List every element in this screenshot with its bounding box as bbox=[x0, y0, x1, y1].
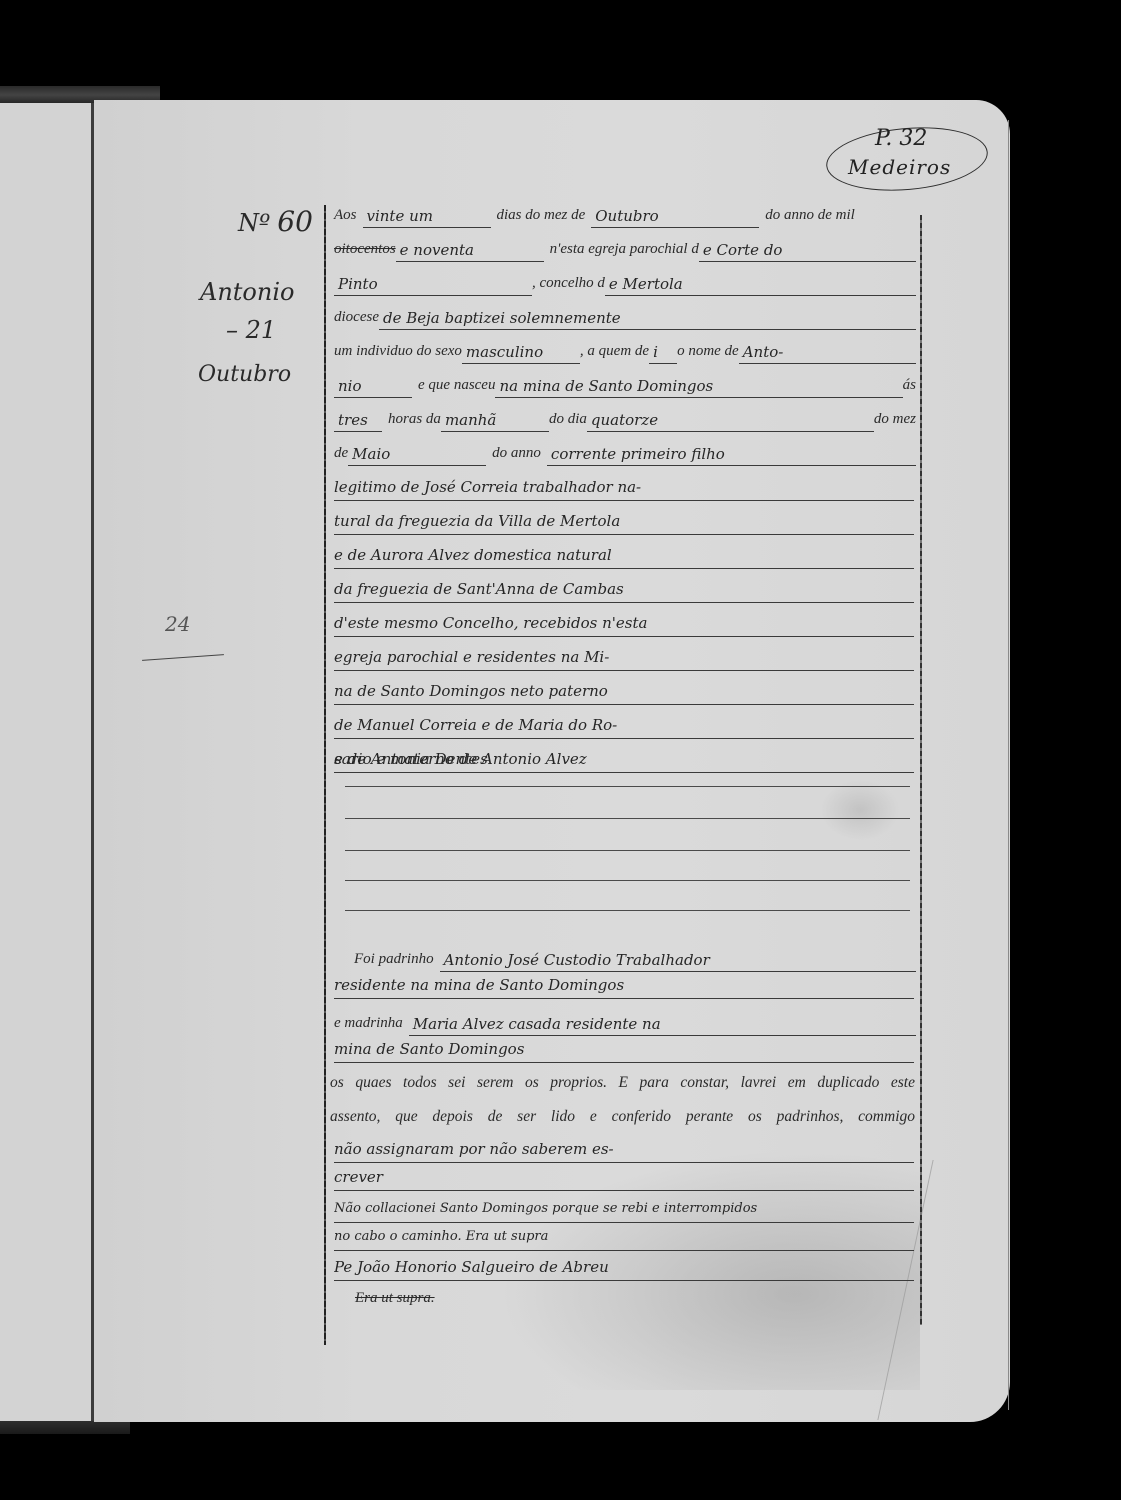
handwritten-birth-day: quatorze bbox=[587, 411, 874, 432]
printed-text: ás bbox=[903, 377, 916, 398]
left-page bbox=[0, 103, 92, 1421]
handwritten-name: Anto- bbox=[739, 343, 916, 364]
printed-text: n'esta egreja parochial d bbox=[550, 241, 699, 262]
printed-text: o nome de bbox=[677, 343, 739, 364]
printed-closing-line: os quaes todos sei serem os proprios. E … bbox=[330, 1074, 915, 1092]
form-row: de Maio do anno corrente primeiro filho bbox=[334, 438, 916, 466]
printed-text: do anno bbox=[492, 445, 541, 466]
handwritten-period: manhã bbox=[441, 411, 549, 432]
handwritten-godmother: Maria Alvez casada residente na bbox=[409, 1015, 916, 1036]
handwritten-body-line: egreja parochial e residentes na Mi- bbox=[334, 644, 914, 671]
printed-text: Aos bbox=[334, 207, 357, 228]
printed-text: Foi padrinho bbox=[354, 951, 434, 972]
handwritten-parish-cont: Pinto bbox=[334, 275, 532, 296]
handwritten-concelho: e Mertola bbox=[605, 275, 916, 296]
handwritten-body-line: na de Santo Domingos neto paterno bbox=[334, 678, 914, 705]
margin-month: Outubro bbox=[198, 362, 291, 387]
handwritten-godfather-cont: residente na mina de Santo Domingos bbox=[334, 972, 914, 999]
form-row: oitocentos e noventa n'esta egreja paroc… bbox=[334, 234, 916, 262]
handwritten-diocese: de Beja baptizei solemnemente bbox=[379, 309, 916, 330]
entry-number-label: Nº bbox=[238, 209, 270, 237]
printed-text: dias do mez de bbox=[497, 207, 586, 228]
handwritten-closing-line: crever bbox=[334, 1164, 914, 1191]
handwritten-body-line: tural da freguezia da Villa de Mertola bbox=[334, 508, 914, 535]
form-row: um individuo do sexo masculino , a quem … bbox=[334, 336, 916, 364]
margin-side-number: 24 bbox=[165, 612, 190, 636]
handwritten-body-line: da freguezia de Sant'Anna de Cambas bbox=[334, 576, 914, 603]
godfather-row: Foi padrinho Antonio José Custodio Traba… bbox=[334, 944, 916, 972]
blank-ruled-line bbox=[345, 786, 910, 787]
printed-text: do anno de mil bbox=[765, 207, 855, 228]
ink-smudge bbox=[820, 780, 900, 840]
printed-text: do dia bbox=[549, 411, 587, 432]
form-row: nio e que nasceu na mina de Santo Doming… bbox=[334, 370, 916, 398]
handwritten-birth-year: corrente primeiro filho bbox=[547, 445, 916, 466]
printed-text: e madrinha bbox=[334, 1015, 403, 1036]
form-row: Aos vinte um dias do mez de Outubro do a… bbox=[334, 200, 916, 228]
printed-text: um individuo do sexo bbox=[334, 343, 462, 364]
handwritten-month: Outubro bbox=[591, 207, 759, 228]
godmother-row: e madrinha Maria Alvez casada residente … bbox=[334, 1008, 916, 1036]
printed-text: do mez bbox=[874, 411, 916, 432]
printed-text: diocese bbox=[334, 309, 379, 330]
blank-ruled-line bbox=[345, 850, 910, 851]
printed-text: , a quem de bbox=[580, 343, 649, 364]
blank-ruled-line bbox=[345, 880, 910, 881]
handwritten-sex: masculino bbox=[462, 343, 580, 364]
entry-number: Nº 60 bbox=[238, 205, 313, 239]
handwritten-day: vinte um bbox=[363, 207, 491, 228]
handwritten-note-line: Não collacionei Santo Domingos porque se… bbox=[334, 1196, 914, 1223]
handwritten-year: e noventa bbox=[396, 241, 544, 262]
handwritten-body-line: e de Antonia Dentes bbox=[334, 746, 914, 773]
printed-text: , concelho d bbox=[532, 275, 605, 296]
margin-rule bbox=[324, 205, 326, 1345]
handwritten-closing-line: não assignaram por não saberem es- bbox=[334, 1136, 914, 1163]
margin-name: Antonio bbox=[200, 278, 294, 306]
handwritten-hour: tres bbox=[334, 411, 382, 432]
folio-number: P. 32 bbox=[875, 126, 927, 151]
handwritten-birthplace: na mina de Santo Domingos bbox=[495, 377, 902, 398]
right-rule bbox=[920, 215, 922, 1325]
form-row: Pinto , concelho d e Mertola bbox=[334, 268, 916, 296]
blank-ruled-line bbox=[345, 910, 910, 911]
printed-text: oitocentos bbox=[334, 241, 396, 262]
handwritten-body-line: d'este mesmo Concelho, recebidos n'esta bbox=[334, 610, 914, 637]
printed-text: de bbox=[334, 445, 348, 466]
printed-text: horas da bbox=[388, 411, 441, 432]
printed-text: e que nasceu bbox=[418, 377, 495, 398]
entry-number-value: 60 bbox=[277, 205, 313, 238]
form-row: tres horas da manhã do dia quatorze do m… bbox=[334, 404, 916, 432]
handwritten-body-line: de Manuel Correia e de Maria do Ro- bbox=[334, 712, 914, 739]
handwritten-name-cont: nio bbox=[334, 377, 412, 398]
folio-signature: Medeiros bbox=[848, 155, 951, 179]
handwritten-godmother-cont: mina de Santo Domingos bbox=[334, 1036, 914, 1063]
margin-day: – 21 bbox=[226, 316, 276, 344]
handwritten-body-line: legitimo de José Correia trabalhador na- bbox=[334, 474, 914, 501]
handwritten-body-line: e de Aurora Alvez domestica natural bbox=[334, 542, 914, 569]
blank-ruled-line bbox=[345, 818, 910, 819]
printed-closing-line: assento, que depois de ser lido e confer… bbox=[330, 1108, 915, 1126]
handwritten-note-line: no cabo o caminho. Era ut supra bbox=[334, 1224, 914, 1251]
handwritten-parish: e Corte do bbox=[699, 241, 916, 262]
handwritten-birth-month: Maio bbox=[348, 445, 486, 466]
form-row: diocese de Beja baptizei solemnemente bbox=[334, 302, 916, 330]
priest-signature: Pe João Honorio Salgueiro de Abreu bbox=[334, 1254, 914, 1281]
handwritten-godfather: Antonio José Custodio Trabalhador bbox=[440, 951, 916, 972]
era-ut-supra: Era ut supra. bbox=[355, 1290, 435, 1307]
handwritten-text: i bbox=[649, 343, 677, 364]
